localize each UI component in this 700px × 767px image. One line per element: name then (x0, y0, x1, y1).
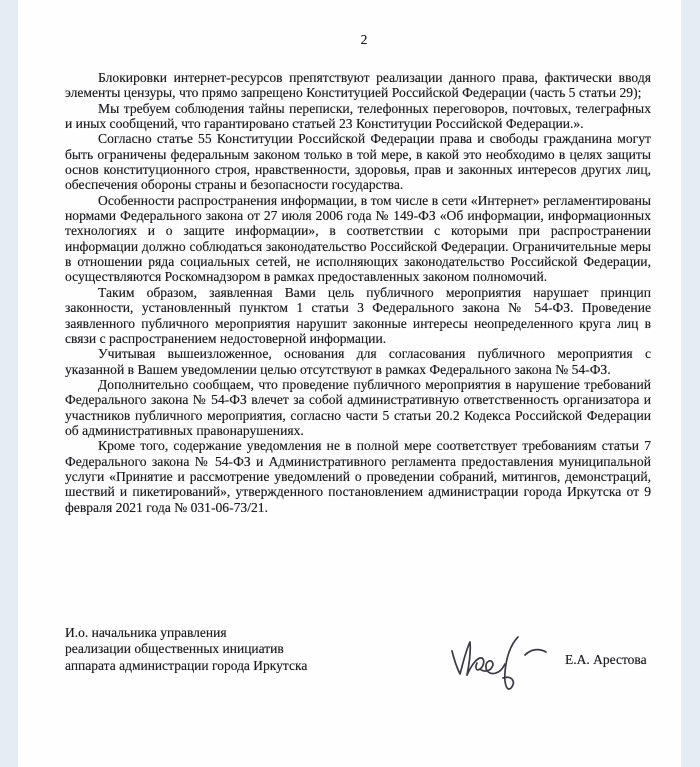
paragraph-internet-law: Особенности распространения информации, … (65, 193, 651, 285)
document-viewer: 2 Блокировки интернет-ресурсов препятств… (0, 0, 700, 767)
paragraph-regulation: Кроме того, содержание уведомления не в … (65, 438, 651, 515)
signatory-title-line: аппарата администрации города Иркутска (65, 658, 307, 674)
paragraph-article55: Согласно статье 55 Конституции Российско… (65, 131, 651, 192)
signature-icon (445, 634, 553, 694)
paragraph-liability: Дополнительно сообщаем, что проведение п… (65, 377, 651, 438)
paragraph-privacy: Мы требуем соблюдения тайны переписки, т… (65, 101, 651, 132)
paragraph-violation: Таким образом, заявленная Вами цель публ… (65, 285, 651, 346)
signatory-title-line: реализации общественных инициатив (65, 641, 307, 657)
paragraph-blocking: Блокировки интернет-ресурсов препятствую… (65, 70, 651, 101)
signatory-title-block: И.о. начальника управления реализации об… (65, 625, 307, 674)
document-page: 2 Блокировки интернет-ресурсов препятств… (18, 0, 681, 767)
page-number: 2 (71, 32, 657, 48)
signatory-title-line: И.о. начальника управления (65, 625, 307, 641)
signatory-name: Е.А. Арестова (565, 652, 647, 668)
document-body: Блокировки интернет-ресурсов препятствую… (65, 70, 651, 515)
paragraph-no-grounds: Учитывая вышеизложенное, основания для с… (65, 346, 651, 377)
